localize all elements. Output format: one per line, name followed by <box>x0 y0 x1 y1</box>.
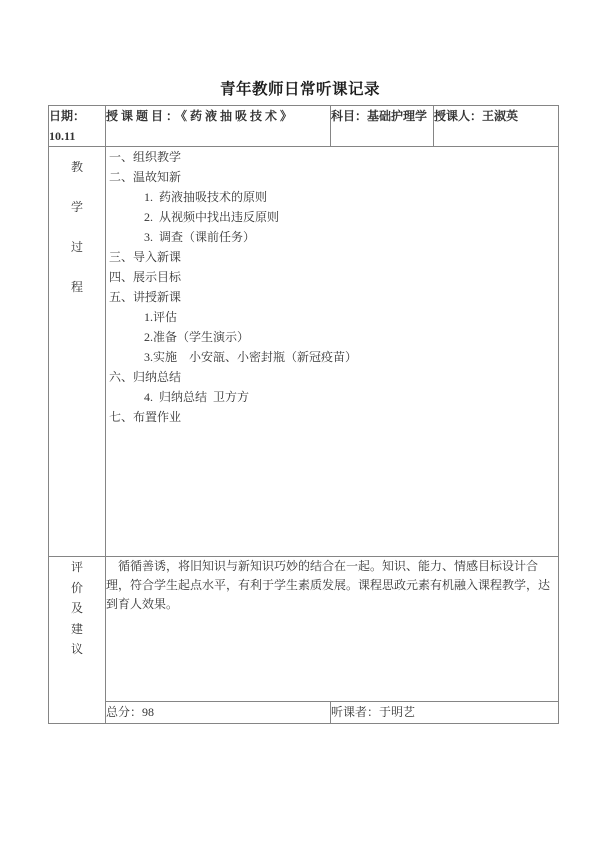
process-line: 1.评估 <box>106 307 558 327</box>
evaluation-label-char: 评 <box>49 557 105 578</box>
date-cell: 日期： 10.11 <box>49 106 106 147</box>
header-row: 日期： 10.11 授课题目：《药液抽吸技术》 科目：基础护理学 授课人：王淑英 <box>49 106 559 147</box>
evaluation-comment-cell: 循循善诱，将旧知识与新知识巧妙的结合在一起。知识、能力、情感目标设计合理，符合学… <box>106 557 559 702</box>
process-label-char: 程 <box>49 267 105 307</box>
evaluation-comment-text: 循循善诱，将旧知识与新知识巧妙的结合在一起。知识、能力、情感目标设计合理，符合学… <box>106 559 550 611</box>
process-line: 二、温故知新 <box>106 167 558 187</box>
process-line: 1. 药液抽吸技术的原则 <box>106 187 558 207</box>
process-line: 2.准备（学生演示） <box>106 327 558 347</box>
process-line: 七、布置作业 <box>106 407 558 427</box>
process-label-char: 教 <box>49 147 105 187</box>
process-line: 六、归纳总结 <box>106 367 558 387</box>
subject-cell: 科目：基础护理学 <box>331 106 434 147</box>
score-row: 总分：98 听课者：于明艺 <box>49 702 559 724</box>
process-line: 四、展示目标 <box>106 267 558 287</box>
lecturer-cell: 授课人：王淑英 <box>434 106 559 147</box>
document-title: 青年教师日常听课记录 <box>0 77 600 99</box>
process-label-char: 过 <box>49 227 105 267</box>
record-table: 日期： 10.11 授课题目：《药液抽吸技术》 科目：基础护理学 授课人：王淑英… <box>48 105 559 724</box>
topic-cell: 授课题目：《药液抽吸技术》 <box>106 106 331 147</box>
process-label-char: 学 <box>49 187 105 227</box>
evaluation-row: 评 价 及 建 议 循循善诱，将旧知识与新知识巧妙的结合在一起。知识、能力、情感… <box>49 557 559 702</box>
evaluation-label-char: 议 <box>49 639 105 660</box>
date-label: 日期： <box>49 106 105 126</box>
score-cell: 总分：98 <box>106 702 331 724</box>
evaluation-label-cell: 评 价 及 建 议 <box>49 557 106 724</box>
process-line: 4. 归纳总结 卫方方 <box>106 387 558 407</box>
score-text: 总分：98 <box>106 705 154 719</box>
date-value: 10.11 <box>49 126 105 146</box>
subject-text: 科目：基础护理学 <box>331 106 433 126</box>
process-content-cell: 一、组织教学 二、温故知新 1. 药液抽吸技术的原则 2. 从视频中找出违反原则… <box>106 147 559 557</box>
observer-text: 听课者：于明艺 <box>331 705 415 719</box>
process-line: 一、组织教学 <box>106 147 558 167</box>
process-line: 三、导入新课 <box>106 247 558 267</box>
process-label-cell: 教 学 过 程 <box>49 147 106 557</box>
process-line: 3.实施 小安瓿、小密封瓶（新冠疫苗） <box>106 347 558 367</box>
evaluation-label-char: 价 <box>49 578 105 599</box>
evaluation-label-char: 建 <box>49 619 105 640</box>
process-line: 3. 调查（课前任务） <box>106 227 558 247</box>
process-line: 2. 从视频中找出违反原则 <box>106 207 558 227</box>
process-line: 五、讲授新课 <box>106 287 558 307</box>
lecturer-text: 授课人：王淑英 <box>434 106 558 126</box>
process-row: 教 学 过 程 一、组织教学 二、温故知新 1. 药液抽吸技术的原则 2. 从视… <box>49 147 559 557</box>
observer-cell: 听课者：于明艺 <box>331 702 559 724</box>
topic-text: 授课题目：《药液抽吸技术》 <box>106 106 330 126</box>
page: 青年教师日常听课记录 日期： 10.11 授课题目：《药液抽吸技术》 科目：基础… <box>0 0 600 849</box>
evaluation-label-char: 及 <box>49 598 105 619</box>
